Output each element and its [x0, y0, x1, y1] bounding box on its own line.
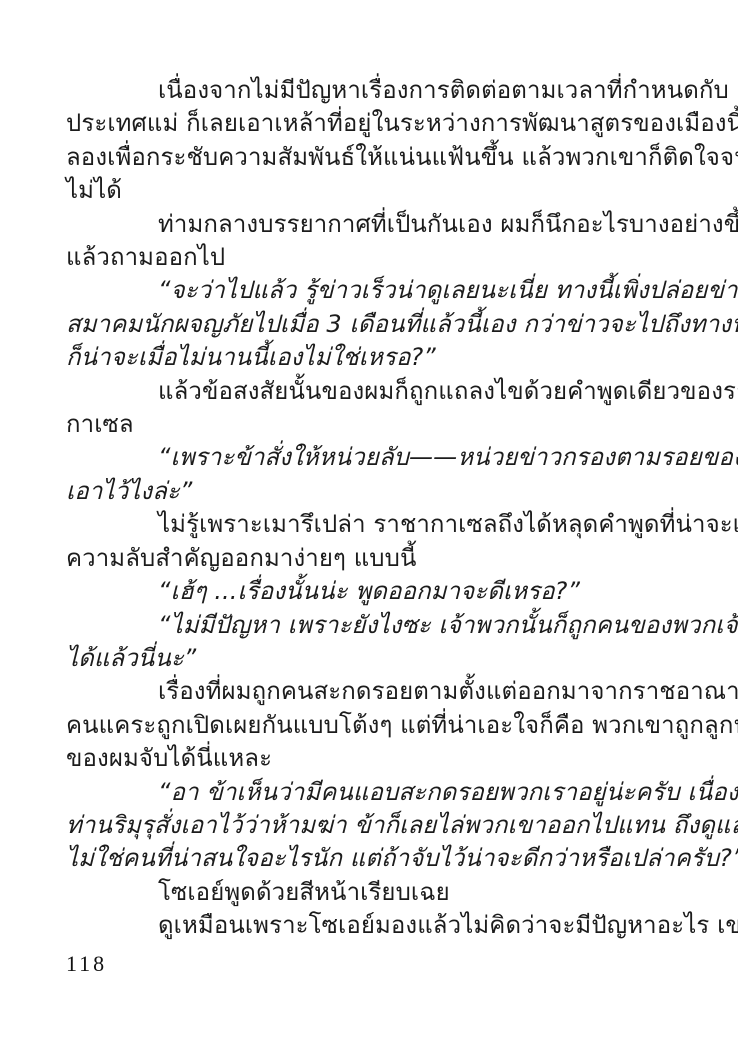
text-line: ไม่ใช่คนที่น่าสนใจอะไรนัก แต่ถ้าจับไว้น่… [66, 842, 674, 875]
text-block: เนื่องจากไม่มีปัญหาเรื่องการติดต่อตามเวล… [66, 74, 674, 943]
text-line: แล้วถามออกไป [66, 241, 674, 274]
text-line: แล้วข้อสงสัยนั้นของผมก็ถูกแถลงไขด้วยคำพู… [66, 375, 674, 408]
dialogue-paragraph: “เพราะข้าสั่งให้หน่วยลับ——หน่วยข่าวกรองต… [66, 441, 674, 508]
dialogue-paragraph: “เฮ้ๆ ...เรื่องนั้นน่ะ พูดออกมาจะดีเหรอ?… [66, 575, 674, 608]
text-line: “เพราะข้าสั่งให้หน่วยลับ——หน่วยข่าวกรองต… [66, 441, 674, 474]
text-line: “เฮ้ๆ ...เรื่องนั้นน่ะ พูดออกมาจะดีเหรอ?… [66, 575, 674, 608]
narration-paragraph: เรื่องที่ผมถูกคนสะกดรอยตามตั้งแต่ออกมาจา… [66, 675, 674, 775]
text-line: ท่ามกลางบรรยากาศที่เป็นกันเอง ผมก็นึกอะไ… [66, 208, 674, 241]
text-line: ดูเหมือนเพราะโซเอย์มองแล้วไม่คิดว่าจะมีป… [66, 909, 674, 942]
text-line: ลองเพื่อกระชับความสัมพันธ์ให้แน่นแฟ้นขึ้… [66, 141, 674, 174]
narration-paragraph: เนื่องจากไม่มีปัญหาเรื่องการติดต่อตามเวล… [66, 74, 674, 208]
text-line: กาเซล [66, 408, 674, 441]
text-line: ท่านริมุรุสั่งเอาไว้ว่าห้ามฆ่า ข้าก็เลยไ… [66, 809, 674, 842]
narration-paragraph: ดูเหมือนเพราะโซเอย์มองแล้วไม่คิดว่าจะมีป… [66, 909, 674, 942]
dialogue-paragraph: “อา ข้าเห็นว่ามีคนแอบสะกดรอยพวกเราอยู่น่… [66, 776, 674, 876]
text-line: ก็น่าจะเมื่อไม่นานนี้เองไม่ใช่เหรอ?” [66, 341, 674, 374]
text-line: โซเอย์พูดด้วยสีหน้าเรียบเฉย [66, 876, 674, 909]
book-page: เนื่องจากไม่มีปัญหาเรื่องการติดต่อตามเวล… [0, 0, 738, 1051]
narration-paragraph: โซเอย์พูดด้วยสีหน้าเรียบเฉย [66, 876, 674, 909]
text-line: ได้แล้วนี่นะ” [66, 642, 674, 675]
text-line: ความลับสำคัญออกมาง่ายๆ แบบนี้ [66, 542, 674, 575]
text-line: คนแคระถูกเปิดเผยกันแบบโต้งๆ แต่ที่น่าเอะ… [66, 709, 674, 742]
text-line: ไม่รู้เพราะเมารึเปล่า ราชากาเซลถึงได้หลุ… [66, 508, 674, 541]
dialogue-paragraph: “จะว่าไปแล้ว รู้ข่าวเร็วน่าดูเลยนะเนี่ย … [66, 274, 674, 374]
text-line: ไม่ได้ [66, 174, 674, 207]
text-line: เรื่องที่ผมถูกคนสะกดรอยตามตั้งแต่ออกมาจา… [66, 675, 674, 708]
text-line: “จะว่าไปแล้ว รู้ข่าวเร็วน่าดูเลยนะเนี่ย … [66, 274, 674, 307]
dialogue-paragraph: “ไม่มีปัญหา เพราะยังไงซะ เจ้าพวกนั้นก็ถู… [66, 609, 674, 676]
text-line: เอาไว้ไงล่ะ” [66, 475, 674, 508]
text-line: ของผมจับได้นี่แหละ [66, 742, 674, 775]
narration-paragraph: แล้วข้อสงสัยนั้นของผมก็ถูกแถลงไขด้วยคำพู… [66, 375, 674, 442]
narration-paragraph: ท่ามกลางบรรยากาศที่เป็นกันเอง ผมก็นึกอะไ… [66, 208, 674, 275]
narration-paragraph: ไม่รู้เพราะเมารึเปล่า ราชากาเซลถึงได้หลุ… [66, 508, 674, 575]
text-line: ประเทศแม่ ก็เลยเอาเหล้าที่อยู่ในระหว่างก… [66, 107, 674, 140]
text-line: “ไม่มีปัญหา เพราะยังไงซะ เจ้าพวกนั้นก็ถู… [66, 609, 674, 642]
text-line: “อา ข้าเห็นว่ามีคนแอบสะกดรอยพวกเราอยู่น่… [66, 776, 674, 809]
text-line: สมาคมนักผจญภัยไปเมื่อ 3 เดือนที่แล้วนี้เ… [66, 308, 674, 341]
page-number: 118 [66, 951, 107, 977]
text-line: เนื่องจากไม่มีปัญหาเรื่องการติดต่อตามเวล… [66, 74, 674, 107]
